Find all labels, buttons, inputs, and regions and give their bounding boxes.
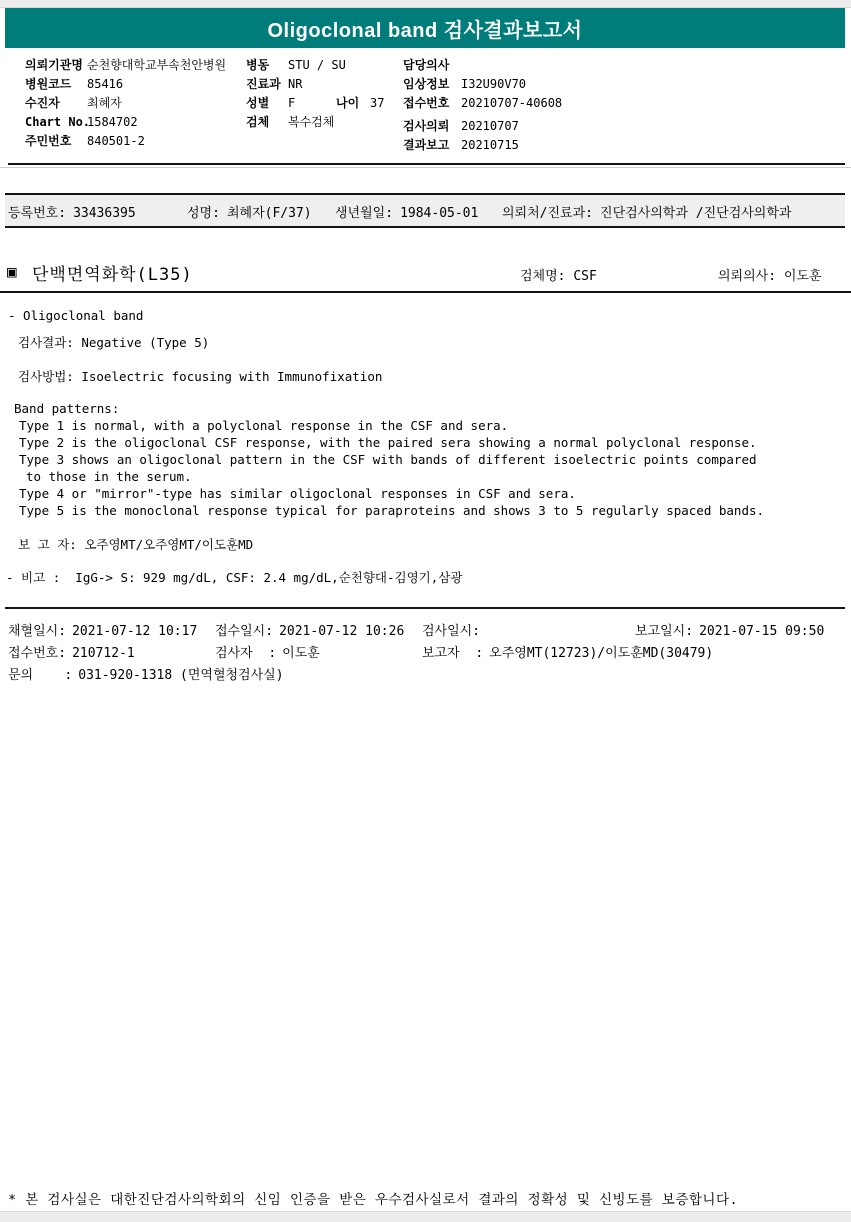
order-date-label: 검사의뢰 xyxy=(403,117,461,134)
report-datetime-label: 보고일시: xyxy=(635,624,693,639)
institution-label: 의뢰기관명 xyxy=(25,56,87,73)
department-label: 진료과 xyxy=(246,75,288,92)
received-datetime-value: 2021-07-12 10:26 xyxy=(279,624,404,639)
section-title: 단백면역화학(L35) xyxy=(32,260,193,285)
specimen-field: 검체명: CSF xyxy=(520,265,597,284)
hospital-code-value: 85416 xyxy=(87,77,123,91)
band-pattern-type1: Type 1 is normal, with a polyclonal resp… xyxy=(19,418,508,433)
registration-number-field: 등록번호:33436395 xyxy=(8,202,136,221)
age-value: 37 xyxy=(370,96,384,110)
reporter-label: 보고자 : xyxy=(422,646,483,661)
test-datetime-label: 검사일시: xyxy=(422,624,480,639)
referring-doctor-field: 의뢰의사: 이도훈 xyxy=(718,265,822,284)
note-line: - 비고 : IgG-> S: 929 mg/dL, CSF: 2.4 mg/d… xyxy=(6,568,462,586)
divider-under-section-header xyxy=(0,291,851,293)
info-row-accession-no: 접수번호20210707-40608 xyxy=(403,93,562,112)
institution-value: 순천향대학교부속천안병원 xyxy=(87,56,226,73)
divider-under-info xyxy=(8,163,845,165)
report-page: Oligoclonal band 검사결과보고서 의뢰기관명순천향대학교부속천안… xyxy=(0,0,851,1222)
registration-bar: 등록번호:33436395 성명:최혜자(F/37) 생년월일:1984-05-… xyxy=(5,193,845,228)
referring-doctor-label: 의뢰의사: xyxy=(718,269,776,284)
divider-above-meta xyxy=(5,607,845,609)
test-result-line: 검사결과: Negative (Type 5) xyxy=(18,333,209,351)
referring-doctor-value: 이도훈 xyxy=(784,269,822,284)
chart-no-label: Chart No. xyxy=(25,115,87,129)
band-pattern-type3-cont: to those in the serum. xyxy=(26,469,192,484)
info-row-chart-no: Chart No.1584702 xyxy=(25,112,226,131)
top-window-strip xyxy=(0,0,851,8)
info-column-1: 의뢰기관명순천향대학교부속천안병원 병원코드85416 수진자최혜자 Chart… xyxy=(25,55,226,150)
contact-label: 문의 : xyxy=(8,668,72,683)
received-datetime-label: 접수일시: xyxy=(215,624,273,639)
reporter-field: 보고자 :오주영MT(12723)/이도훈MD(30479) xyxy=(422,642,713,661)
test-method-line: 검사방법: Isoelectric focusing with Immunofi… xyxy=(18,367,382,385)
order-date-value: 20210707 xyxy=(461,119,519,133)
examiner-value: 이도훈 xyxy=(282,646,320,661)
name-label: 성명: xyxy=(187,206,220,221)
info-row-sex-age: 성별F나이37 xyxy=(246,93,384,112)
band-pattern-type5: Type 5 is the monoclonal response typica… xyxy=(19,503,764,518)
info-row-specimen: 검체복수검체 xyxy=(246,112,384,131)
section-header: ▣ 단백면역화학(L35) 검체명: CSF 의뢰의사: 이도훈 xyxy=(0,258,851,291)
name-value: 최혜자(F/37) xyxy=(227,206,312,221)
info-row-attending-doctor: 담당의사 xyxy=(403,55,562,74)
info-row-ward: 병동STU / SU xyxy=(246,55,384,74)
band-patterns-title: Band patterns: xyxy=(14,401,119,416)
specimen-type-label: 검체 xyxy=(246,113,288,130)
meta-accession-label: 접수번호: xyxy=(8,646,66,661)
department-value: NR xyxy=(288,77,302,91)
accession-no-label: 접수번호 xyxy=(403,94,461,111)
report-datetime-value: 2021-07-15 09:50 xyxy=(699,624,824,639)
hospital-code-label: 병원코드 xyxy=(25,75,87,92)
meta-accession-value: 210712-1 xyxy=(72,646,135,661)
referring-department-label: 의뢰처/진료과: xyxy=(502,206,593,221)
sex-label: 성별 xyxy=(246,94,288,111)
birthdate-field: 생년월일:1984-05-01 xyxy=(335,202,478,221)
reporter-value: 오주영MT(12723)/이도훈MD(30479) xyxy=(489,646,713,661)
accession-no-value: 20210707-40608 xyxy=(461,96,562,110)
received-datetime-field: 접수일시:2021-07-12 10:26 xyxy=(215,620,404,639)
report-title-banner: Oligoclonal band 검사결과보고서 xyxy=(5,8,845,48)
registration-number-value: 33436395 xyxy=(73,206,136,221)
clinical-info-value: I32U90V70 xyxy=(461,77,526,91)
certification-note: * 본 검사실은 대한진단검사의학회의 신임 인증을 받은 우수검사실로서 결과… xyxy=(8,1188,738,1208)
info-row-department: 진료과NR xyxy=(246,74,384,93)
info-row-order-date: 검사의뢰20210707 xyxy=(403,116,562,135)
resident-no-label: 주민번호 xyxy=(25,132,87,149)
report-title: Oligoclonal band 검사결과보고서 xyxy=(267,14,582,43)
attending-doctor-label: 담당의사 xyxy=(403,56,461,73)
ward-label: 병동 xyxy=(246,56,288,73)
specimen-value: CSF xyxy=(573,269,596,284)
band-pattern-type2: Type 2 is the oligoclonal CSF response, … xyxy=(19,435,757,450)
band-pattern-type4: Type 4 or "mirror"-type has similar olig… xyxy=(19,486,576,501)
patient-label: 수진자 xyxy=(25,94,87,111)
examiner-label: 검사자 : xyxy=(215,646,276,661)
info-column-3: 담당의사 임상정보I32U90V70 접수번호20210707-40608 검사… xyxy=(403,55,562,154)
ward-value: STU / SU xyxy=(288,58,346,72)
patient-info-section: 의뢰기관명순천향대학교부속천안병원 병원코드85416 수진자최혜자 Chart… xyxy=(0,55,851,160)
info-row-report-date: 결과보고20210715 xyxy=(403,135,562,154)
specimen-label: 검체명: xyxy=(520,269,566,284)
sex-value: F xyxy=(288,96,336,110)
chart-no-value: 1584702 xyxy=(87,115,138,129)
info-row-patient: 수진자최혜자 xyxy=(25,93,226,112)
divider-thin-gray xyxy=(0,167,851,168)
name-field: 성명:최혜자(F/37) xyxy=(187,202,312,221)
info-row-institution: 의뢰기관명순천향대학교부속천안병원 xyxy=(25,55,226,74)
clinical-info-label: 임상정보 xyxy=(403,75,461,92)
resident-no-value: 840501-2 xyxy=(87,134,145,148)
report-date-label: 결과보고 xyxy=(403,136,461,153)
collection-datetime-value: 2021-07-12 10:17 xyxy=(72,624,197,639)
age-label: 나이 xyxy=(336,94,370,111)
reporter-line: 보 고 자: 오주영MT/오주영MT/이도훈MD xyxy=(18,535,253,553)
section-marker-icon: ▣ xyxy=(7,262,17,281)
report-datetime-field: 보고일시:2021-07-15 09:50 xyxy=(635,620,824,639)
examiner-field: 검사자 :이도훈 xyxy=(215,642,320,661)
birthdate-label: 생년월일: xyxy=(335,206,393,221)
birthdate-value: 1984-05-01 xyxy=(400,206,478,221)
test-datetime-field: 검사일시: xyxy=(422,620,486,639)
info-row-clinical-info: 임상정보I32U90V70 xyxy=(403,74,562,93)
referring-department-value: 진단검사의학과 /진단검사의학과 xyxy=(600,206,791,221)
test-name-line: - Oligoclonal band xyxy=(8,308,143,323)
info-row-hospital-code: 병원코드85416 xyxy=(25,74,226,93)
referring-department-field: 의뢰처/진료과:진단검사의학과 /진단검사의학과 xyxy=(502,202,791,221)
contact-value: 031-920-1318 (면역혈청검사실) xyxy=(78,668,283,683)
collection-datetime-label: 채혈일시: xyxy=(8,624,66,639)
contact-field: 문의 :031-920-1318 (면역혈청검사실) xyxy=(8,664,284,683)
info-row-resident-no: 주민번호840501-2 xyxy=(25,131,226,150)
registration-number-label: 등록번호: xyxy=(8,206,66,221)
specimen-type-value: 복수검체 xyxy=(288,113,334,130)
meta-accession-field: 접수번호:210712-1 xyxy=(8,642,135,661)
info-column-2: 병동STU / SU 진료과NR 성별F나이37 검체복수검체 xyxy=(246,55,384,131)
report-date-value: 20210715 xyxy=(461,138,519,152)
band-pattern-type3: Type 3 shows an oligoclonal pattern in t… xyxy=(19,452,757,467)
bottom-window-strip xyxy=(0,1211,851,1222)
collection-datetime-field: 채혈일시:2021-07-12 10:17 xyxy=(8,620,197,639)
patient-value: 최혜자 xyxy=(87,94,122,111)
